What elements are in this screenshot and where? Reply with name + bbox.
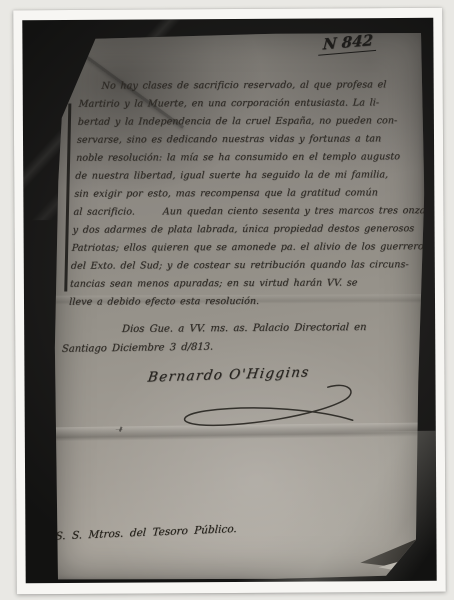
- dogear-fold-highlight: [378, 552, 418, 574]
- letter-line: sin exigir por esto, mas recompensa que …: [74, 184, 415, 203]
- letter-line: servarse, sino es dedicando nuestras vid…: [76, 130, 417, 149]
- dogear-fold-shadow: [360, 538, 418, 572]
- docket-note: S. S. Mtros. del Tesoro Público.: [55, 523, 237, 542]
- letter-line: No hay clases de sacrificio reservado, a…: [79, 76, 420, 95]
- letter-body: No hay clases de sacrificio reservado, a…: [69, 76, 420, 312]
- letter-line: del Exto. del Sud; y de costear su retri…: [70, 256, 411, 275]
- letter-line: bertad y la Independencia de la cruel Es…: [77, 112, 418, 131]
- scanned-page-background: N 842 No hay clases de sacrificio reserv…: [0, 0, 454, 600]
- photo-print: N 842 No hay clases de sacrificio reserv…: [13, 8, 446, 595]
- closing-dateline: Santiago Diciembre 3 d/813.: [62, 342, 214, 355]
- photo-emulsion: N 842 No hay clases de sacrificio reserv…: [22, 18, 436, 584]
- letter-line: tancias sean menos apuradas; en su virtu…: [70, 274, 411, 293]
- signature-flourish-icon: [170, 383, 360, 438]
- margin-ink-line: [64, 103, 71, 291]
- letter-line: noble resolución: la mía se ha consumido…: [76, 148, 417, 167]
- letter-line: lleve a debido efecto esta resolución.: [69, 292, 410, 311]
- letter-line: Patriotas; ellos quieren que se amonede …: [71, 238, 412, 257]
- document-paper: N 842 No hay clases de sacrificio reserv…: [51, 26, 424, 581]
- letter-line: al sacrificio. Aun quedan ciento sesenta…: [73, 202, 414, 221]
- letter-line: de nuestra libertad, igual suerte ha seg…: [75, 166, 416, 185]
- ink-mark: [116, 428, 123, 432]
- closing-salutation: Dios Gue. a VV. ms. as. Palacio Director…: [122, 322, 367, 335]
- letter-line: y dos adarmes de plata labrada, única pr…: [72, 220, 413, 239]
- letter-line: Martirio y la Muerte, en una corporación…: [78, 94, 419, 113]
- archive-number: N 842: [318, 31, 377, 56]
